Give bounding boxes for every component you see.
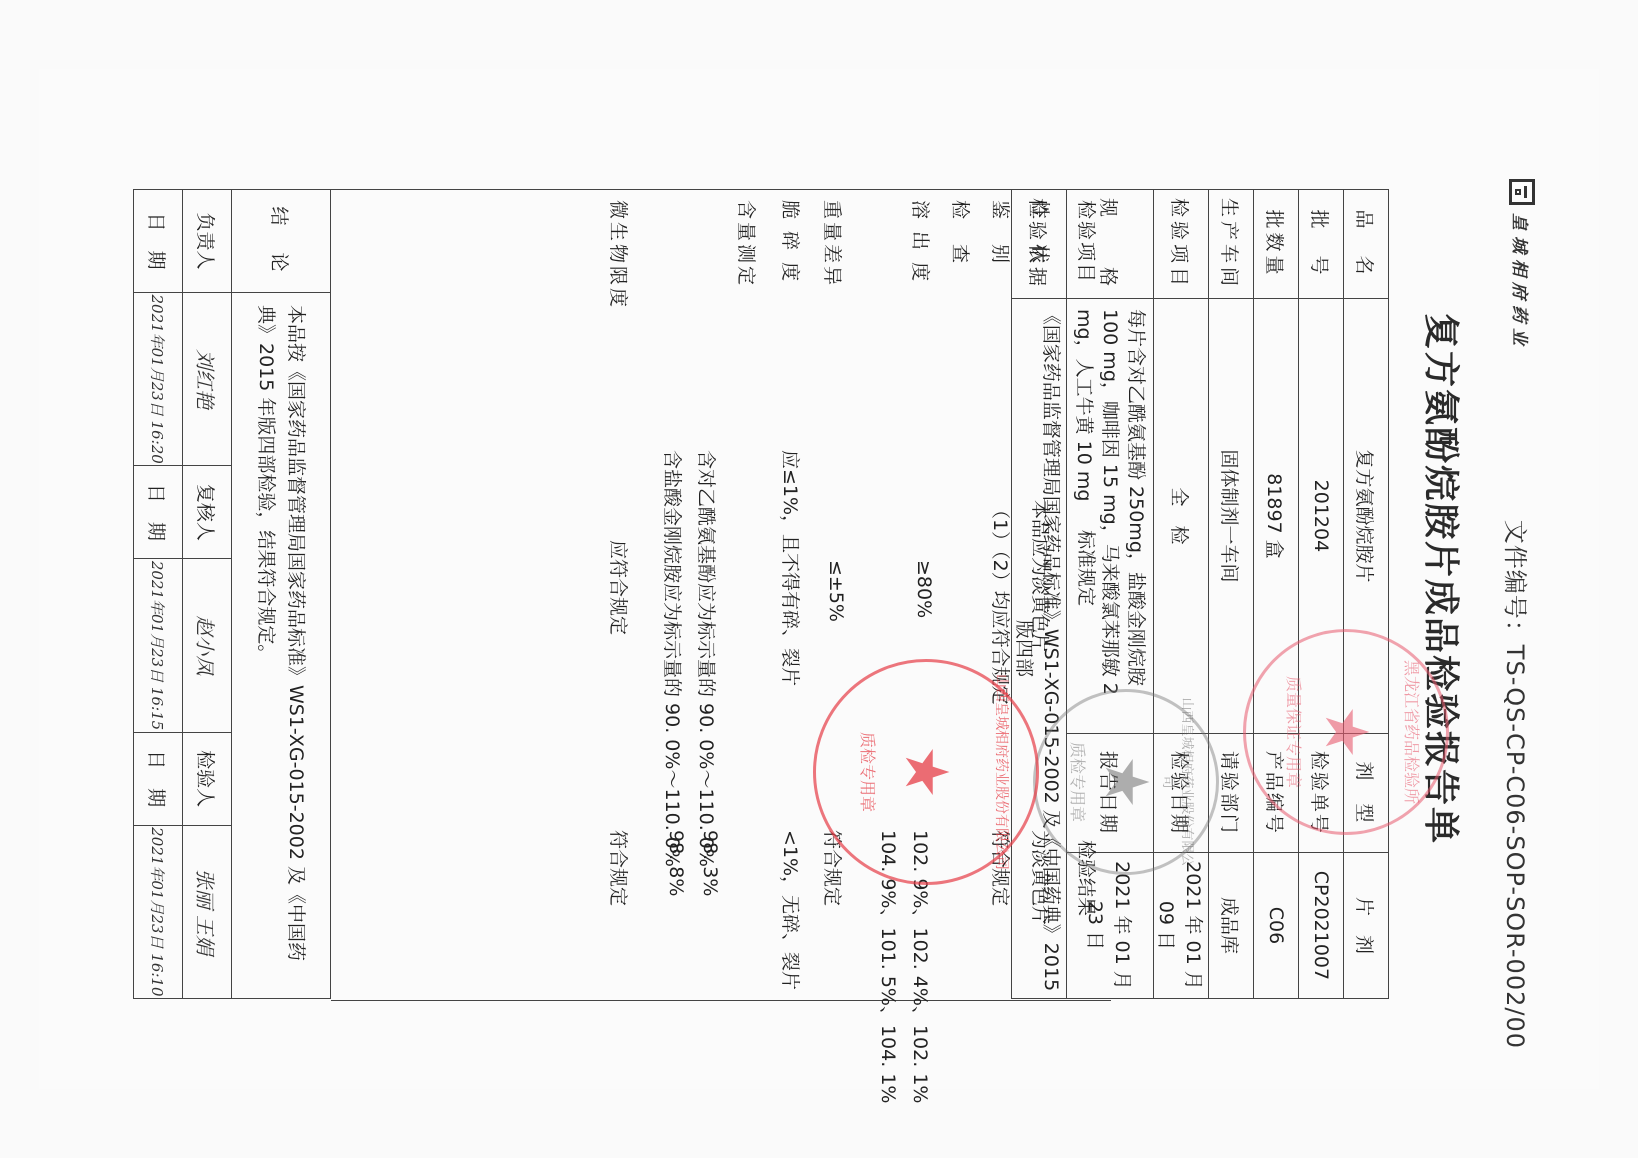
test-item: 鉴 别	[988, 200, 1015, 266]
test-no: CP2021007	[1299, 852, 1344, 998]
inspector-signature: 张丽 王娟	[183, 825, 232, 998]
product-name: 复方氨酚烷胺片	[1344, 299, 1389, 734]
product-code: C06	[1254, 852, 1299, 998]
table-row: 104. 9%、101. 5%、104. 1%	[873, 200, 903, 990]
file-number-label: 文件编号：	[1501, 520, 1529, 645]
dosage-form-label: 剂 型	[1344, 733, 1389, 852]
table-row: 微生物限度应符合规定符合规定	[603, 200, 633, 990]
test-item: 溶 出 度	[908, 200, 935, 284]
standard-spec: ≥80%	[913, 560, 935, 618]
batch-qty-label: 批数量	[1254, 190, 1299, 299]
batch-no-label: 批 号	[1299, 190, 1344, 299]
table-row: 性 状本品应为淡黄色片为淡黄色片	[1025, 200, 1055, 990]
product-code-label: 产品编号	[1254, 733, 1299, 852]
standard-spec: ≤±5%	[825, 560, 847, 622]
test-result: 98. 3%	[699, 830, 721, 896]
standard-spec: （1）（2）均应符合规定	[988, 500, 1015, 705]
standard-spec: 含对乙酰氨基酚应为标示量的 90. 0%～110. 0%	[694, 450, 721, 867]
request-dept-label: 请验部门	[1209, 733, 1254, 852]
report-page: 皇城相府药业 文件编号：TS-QS-CP-C06-SOP-SOR-002/00 …	[39, 69, 1599, 1089]
file-number: 文件编号：TS-QS-CP-C06-SOP-SOR-002/00	[1500, 520, 1535, 1049]
test-result: 98. 8%	[665, 830, 687, 896]
batch-qty: 81897 盒	[1254, 299, 1299, 734]
table-row: 鉴 别（1）（2）均应符合规定符合规定	[985, 200, 1015, 990]
table-row: 溶 出 度≥80%102. 9%、102. 4%、102. 1%	[905, 200, 935, 990]
responsible-date-label: 日 期	[134, 190, 183, 293]
results-table: 检验项目 标准规定 检验结果 性 状本品应为淡黄色片为淡黄色片鉴 别（1）（2）…	[331, 189, 1111, 1001]
test-items-label: 检验项目	[1154, 190, 1209, 299]
reviewer-label: 复核人	[183, 466, 232, 559]
company-logo: 皇城相府药业	[1509, 179, 1535, 351]
test-item: 检 查	[948, 200, 975, 266]
table-row: 重量差异≤±5%符合规定	[817, 200, 847, 990]
test-result: 104. 9%、101. 5%、104. 1%	[876, 830, 903, 1103]
table-row: 检 查	[945, 200, 975, 990]
batch-no: 201204	[1299, 299, 1344, 734]
page-title: 复方氨酚烷胺片成品检验报告单	[1418, 69, 1469, 1089]
workshop-label: 生产车间	[1209, 190, 1254, 299]
reviewer-signature: 赵小凤	[183, 559, 232, 732]
test-result: 符合规定	[820, 830, 847, 906]
table-row: 脆 碎 度应≤1%，且不得有碎、裂片<1%，无碎、裂片	[775, 200, 805, 990]
test-result: 符合规定	[606, 830, 633, 906]
test-result: 为淡黄色片	[1028, 830, 1055, 925]
test-result: 102. 9%、102. 4%、102. 1%	[908, 830, 935, 1103]
test-result: 符合规定	[988, 830, 1015, 906]
building-logo-icon	[1509, 179, 1535, 205]
table-row: 含量测定	[731, 200, 761, 990]
standard-spec: 应符合规定	[606, 540, 633, 635]
conclusion-label: 结 论	[232, 190, 331, 293]
test-items: 全 检	[1154, 299, 1209, 734]
file-number-value: TS-QS-CP-C06-SOP-SOR-002/00	[1501, 645, 1529, 1049]
reviewer-date: 2021年01月23日 16:15	[134, 559, 183, 732]
test-item: 性 状	[1028, 200, 1055, 266]
inspector-date-label: 日 期	[134, 732, 183, 825]
test-item: 脆 碎 度	[778, 200, 805, 284]
test-result: <1%，无碎、裂片	[778, 830, 805, 990]
product-name-label: 品 名	[1344, 190, 1389, 299]
responsible-date: 2021年01月23日 16:20	[134, 293, 183, 466]
conclusion-text: 本品按《国家药品监督管理局国家药品标准》WS1-XG-015-2002 及《中国…	[232, 293, 331, 999]
request-dept: 成品库	[1209, 852, 1254, 998]
dosage-form: 片 剂	[1344, 852, 1389, 998]
test-date-label: 检验日期	[1154, 733, 1209, 852]
standard-spec: 含盐酸金刚烷胺应为标示量的 90. 0%～110. 0%	[660, 450, 687, 867]
col-header-item: 检验项目	[1074, 200, 1101, 284]
company-name: 皇城相府药业	[1510, 213, 1535, 351]
test-item: 微生物限度	[606, 200, 633, 310]
table-row: 含对乙酰氨基酚应为标示量的 90. 0%～110. 0%98. 3%	[691, 200, 721, 990]
reviewer-date-label: 日 期	[134, 466, 183, 559]
col-header-standard: 标准规定	[1074, 530, 1101, 606]
responsible-label: 负责人	[183, 190, 232, 293]
signature-table: 结 论 本品按《国家药品监督管理局国家药品标准》WS1-XG-015-2002 …	[133, 189, 331, 999]
workshop: 固体制剂一车间	[1209, 299, 1254, 734]
inspector-date: 2021年01月23日 16:10	[134, 825, 183, 998]
responsible-signature: 刘红艳	[183, 293, 232, 466]
test-item: 重量差异	[820, 200, 847, 288]
col-header-result: 检验结果	[1074, 840, 1101, 916]
document-header: 皇城相府药业 文件编号：TS-QS-CP-C06-SOP-SOR-002/00	[1495, 179, 1535, 1049]
table-row: 含盐酸金刚烷胺应为标示量的 90. 0%～110. 0%98. 8%	[657, 200, 687, 990]
test-no-label: 检验单号	[1299, 733, 1344, 852]
standard-spec: 本品应为淡黄色片	[1028, 500, 1055, 652]
standard-spec: 应≤1%，且不得有碎、裂片	[778, 450, 805, 686]
test-item: 含量测定	[734, 200, 761, 288]
inspector-label: 检验人	[183, 732, 232, 825]
test-date: 2021 年 01 月 09 日	[1154, 852, 1209, 998]
